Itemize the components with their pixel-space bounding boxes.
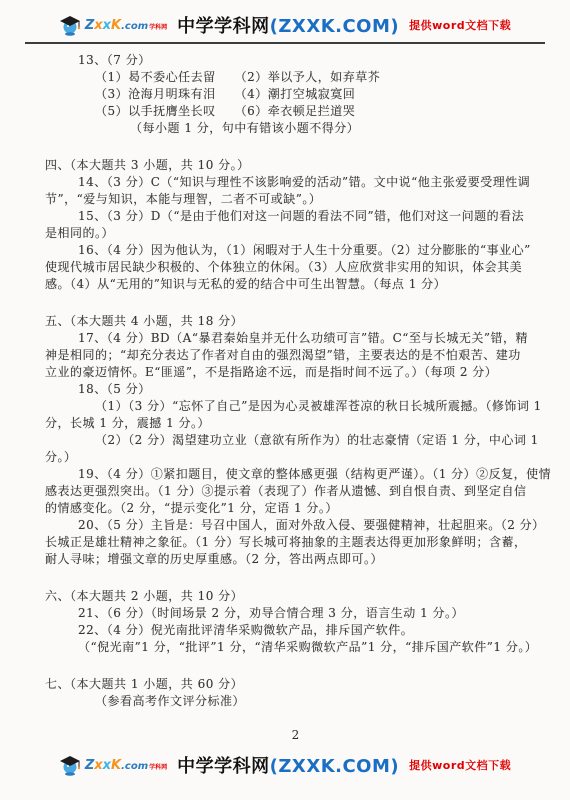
header-divider bbox=[25, 42, 545, 44]
section-heading: 四、（本大题共 3 小题，共 10 分。） bbox=[45, 157, 546, 174]
section-heading: 七、（本大题共 1 小题，共 60 分） bbox=[45, 676, 546, 693]
answer-line: （参看高考作文评分标准） bbox=[45, 693, 546, 710]
answer-line: 分，长城 1 分，震撼 1 分。） bbox=[45, 415, 546, 432]
logo-letter: x bbox=[103, 18, 111, 33]
logo-suffix: 学科网 bbox=[149, 24, 167, 31]
page-number: 2 bbox=[45, 728, 546, 742]
answer-line: 的情感变化。（2 分，“提示变化”1 分，定语 1 分。） bbox=[45, 500, 546, 517]
answer-line: （1）（3 分）“忘怀了自己”是因为心灵被雄浑苍凉的秋日长城所震撼。（修饰词 1 bbox=[45, 398, 546, 415]
answer-line: 21、（6 分）（时间场景 2 分，劝导合情合理 3 分，语言生动 1 分。） bbox=[45, 605, 546, 622]
answer-line: 15、（3 分）D（“是由于他们对这一问题的看法不同”错，他们对这一问题的看法 bbox=[45, 208, 546, 225]
site-title-en: (ZXXK.COM) bbox=[270, 16, 399, 37]
section-heading: 五、（本大题共 4 小题，共 18 分） bbox=[45, 313, 546, 330]
answer-line: 16、（4 分）因为他认为，（1）闲暇对于人生十分重要。（2）过分膨胀的“事业心… bbox=[45, 242, 546, 259]
logo-letter: Z bbox=[85, 758, 94, 773]
answer-line: 神是相同的；“却充分表达了作者对自由的强烈渴望”错，主要表达的是不怕艰苦、建功 bbox=[45, 347, 546, 364]
site-title: 中学学科网(ZXXK.COM) bbox=[177, 752, 399, 778]
logo-domain: .com bbox=[121, 21, 148, 32]
section-heading: 六、（本大题共 2 小题，共 10 分） bbox=[45, 588, 546, 605]
site-title-en: (ZXXK.COM) bbox=[270, 756, 399, 777]
logo-suffix: 学科网 bbox=[149, 764, 167, 771]
answer-line: 19、（4 分）①紧扣题目，使文章的整体感更强（结构更严谨）。（1 分）②反复，… bbox=[45, 466, 546, 483]
logo-letter: K bbox=[111, 758, 121, 773]
answer-line: （3）沧海月明珠有泪 （4）潮打空城寂寞回 bbox=[45, 86, 546, 103]
answer-line: 使现代城市居民缺少积极的、个体独立的休闲。（3）人应欣赏非实用的知识，体会其美 bbox=[45, 259, 546, 276]
logo-letter: K bbox=[111, 18, 121, 33]
answer-line: 节”，“爱与知识，本能与理智，二者不可或缺”。） bbox=[45, 191, 546, 208]
answer-line: 长城正是雄壮精神之象征。（1 分）写长城可将抽象的主题表达得更加形象鲜明；含蓄， bbox=[45, 534, 546, 551]
answer-line: 14、（3 分）C（“知识与理性不该影响爱的活动”错。文中说“他主张爱要受理性调 bbox=[45, 174, 546, 191]
graduate-mascot-icon bbox=[59, 754, 83, 776]
answer-line: 耐人寻味；增强文章的历史厚重感。（2 分，答出两点即可。） bbox=[45, 551, 546, 568]
answer-line: 是相同的。） bbox=[45, 225, 546, 242]
logo-letter: x bbox=[103, 758, 111, 773]
logo-domain: .com bbox=[121, 761, 148, 772]
answer-line: 立业的豪迈情怀。E“匪遥”，不是指路途不远，而是指时间不远了。）（每项 2 分） bbox=[45, 364, 546, 381]
answer-line: 感表达更强烈突出。（1 分）③提示着（表现了）作者从遗憾、到自恨自责、到坚定自信 bbox=[45, 483, 546, 500]
answer-line: 18、（5 分） bbox=[45, 381, 546, 398]
answer-line: 17、（4 分）BD（A“暴君秦始皇并无什么功绩可言”错。C“至与长城无关”错，… bbox=[45, 330, 546, 347]
word-download-link[interactable]: 提供word文档下载 bbox=[409, 17, 511, 33]
site-title-cn: 中学学科网 bbox=[177, 16, 270, 37]
brand-footer: ZxxK.com学科网 中学学科网(ZXXK.COM) 提供word文档下载 bbox=[0, 752, 570, 778]
answer-line: （5）以手抚膺坐长叹 （6）牵衣顿足拦道哭 bbox=[45, 103, 546, 120]
logo-wordmark: ZxxK.com学科网 bbox=[85, 18, 167, 33]
logo-wordmark: ZxxK.com学科网 bbox=[85, 758, 167, 773]
answer-line: （“倪光南”1 分，“批评”1 分，“清华采购微软产品”1 分，“排斥国产软件”… bbox=[45, 639, 546, 656]
graduate-mascot-icon bbox=[59, 14, 83, 36]
answer-line: 22、（4 分）倪光南批评清华采购微软产品，排斥国产软件。 bbox=[45, 622, 546, 639]
logo-letter: Z bbox=[85, 18, 94, 33]
answer-line: （每小题 1 分，句中有错该小题不得分） bbox=[45, 120, 546, 137]
brand-header: ZxxK.com学科网 中学学科网(ZXXK.COM) 提供word文档下载 bbox=[0, 12, 570, 38]
answer-sheet: 13、（7 分） （1）曷不委心任去留 （2）举以予人，如弃草芥 （3）沧海月明… bbox=[45, 52, 546, 742]
site-title: 中学学科网(ZXXK.COM) bbox=[177, 12, 399, 38]
logo-letter: x bbox=[94, 18, 102, 33]
site-title-cn: 中学学科网 bbox=[177, 756, 270, 777]
answer-line: 分。） bbox=[45, 449, 546, 466]
answer-line: 20、（5 分）主旨是：号召中国人，面对外敌入侵、要强健精神，壮起胆来。（2 分… bbox=[45, 517, 546, 534]
answer-line: （2）（2 分）渴望建功立业（意欲有所作为）的壮志豪情（定语 1 分，中心词 1 bbox=[45, 432, 546, 449]
answer-line: 13、（7 分） bbox=[45, 52, 546, 69]
logo-letter: x bbox=[94, 758, 102, 773]
word-download-link[interactable]: 提供word文档下载 bbox=[409, 757, 511, 773]
answer-line: （1）曷不委心任去留 （2）举以予人，如弃草芥 bbox=[45, 69, 546, 86]
zxxk-logo: ZxxK.com学科网 bbox=[59, 754, 167, 776]
zxxk-logo: ZxxK.com学科网 bbox=[59, 14, 167, 36]
answer-line: 感。（4）从“无用的”知识与无私的爱的结合中可生出智慧。（每点 1 分） bbox=[45, 276, 546, 293]
